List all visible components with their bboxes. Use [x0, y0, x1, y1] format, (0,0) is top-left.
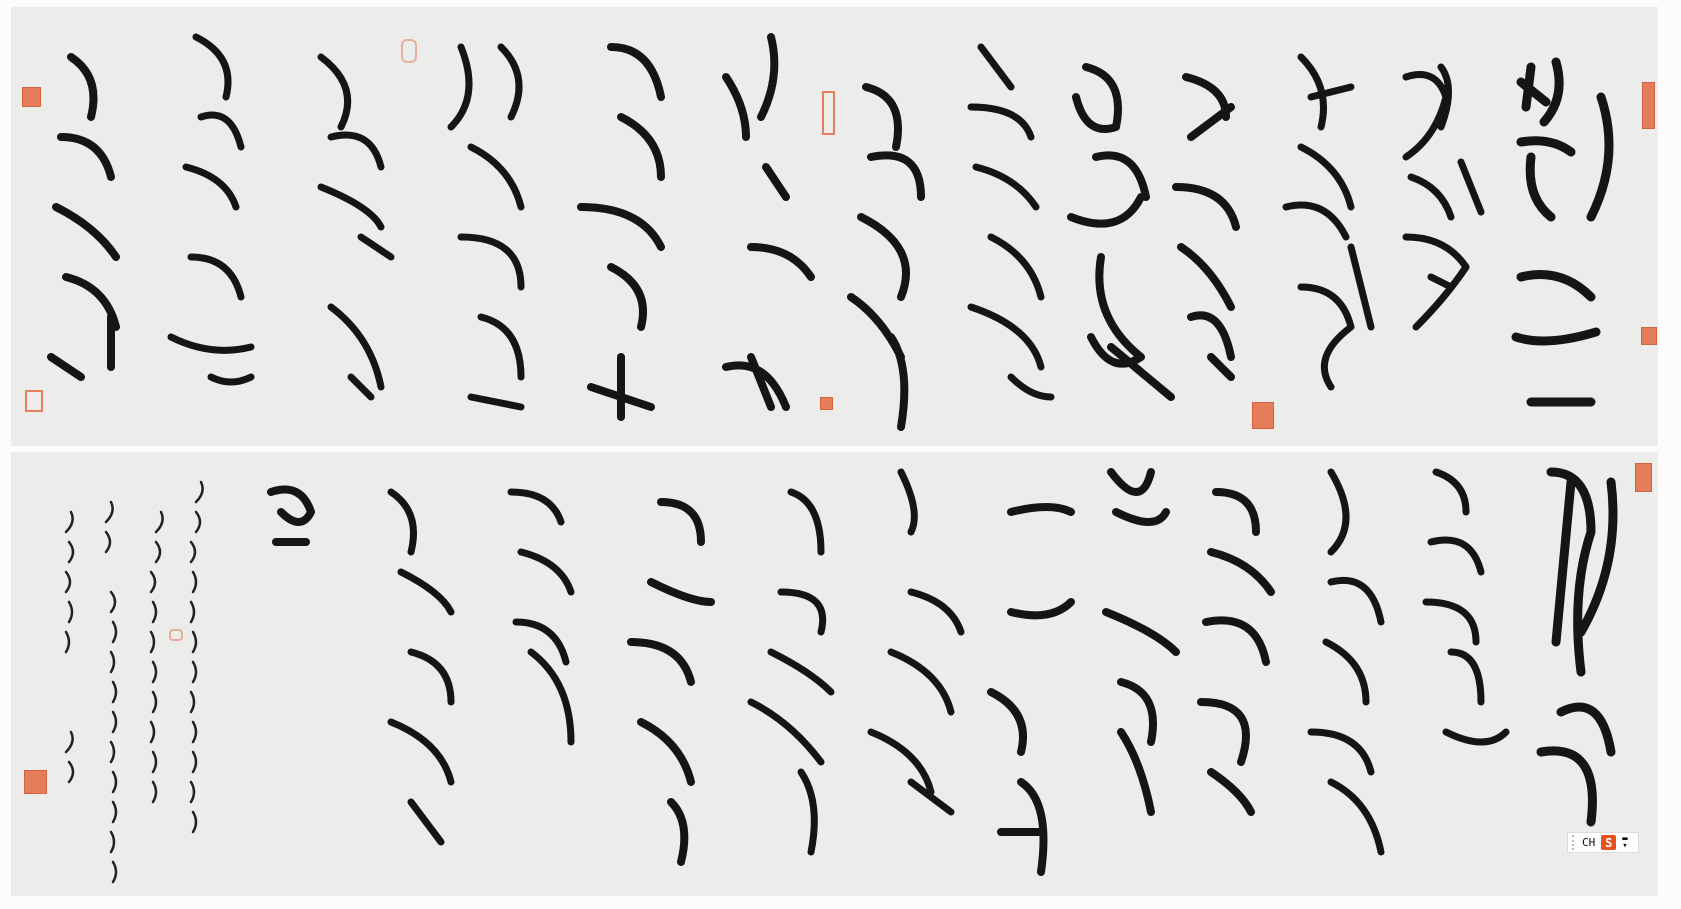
seal-top-left-1 [22, 87, 41, 107]
ime-menu-icon[interactable]: ▬▾ [1622, 836, 1627, 850]
ime-toolbar[interactable]: CH S ▬▾ [1567, 832, 1639, 853]
brush-strokes-bottom [11, 452, 1658, 896]
calligraphy-scroll-bottom [11, 452, 1658, 896]
seal-top-left-3 [401, 39, 417, 63]
calligraphy-scroll-top [11, 7, 1658, 446]
sogou-logo-icon[interactable]: S [1601, 835, 1616, 850]
seal-top-middle-3 [820, 397, 833, 410]
seal-bottom-inscription [169, 629, 183, 641]
seal-top-middle-1 [1252, 402, 1274, 429]
seal-top-right-1 [1642, 82, 1655, 129]
seal-bottom-left [24, 770, 47, 794]
seal-top-right-2 [1641, 327, 1657, 345]
seal-top-left-2 [25, 390, 43, 412]
ime-mode-label[interactable]: CH [1582, 836, 1595, 849]
ime-drag-handle[interactable] [1572, 835, 1576, 850]
brush-strokes-top [11, 7, 1658, 446]
seal-bottom-right [1635, 463, 1652, 492]
seal-top-middle-2 [822, 91, 835, 135]
